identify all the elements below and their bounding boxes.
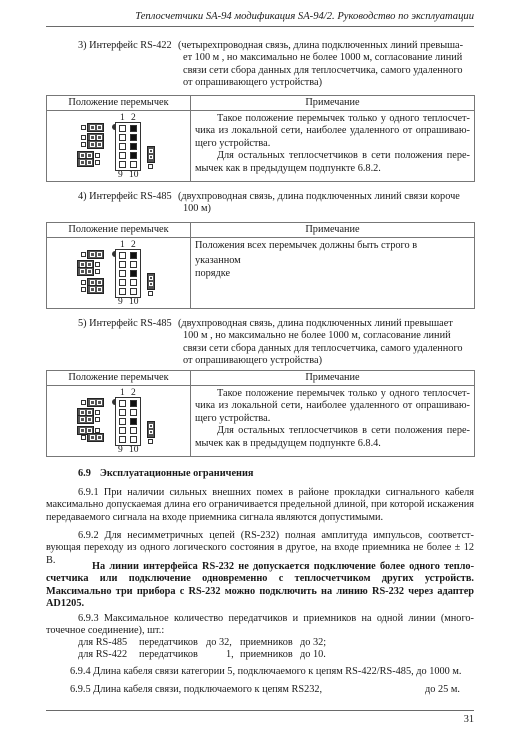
- item-label: 4) Интерфейс RS-485: [78, 191, 172, 203]
- column-header-note: Примечание: [191, 371, 475, 386]
- desc-line: 100 м): [178, 203, 478, 215]
- jumper-pin-free: [81, 400, 86, 405]
- paragraph-6-9-4: 6.9.4 Длина кабеля связи категории 5, по…: [70, 666, 480, 678]
- jumper-cap: [87, 398, 104, 407]
- jumper-pin-free: [95, 417, 100, 422]
- header-pin: [130, 279, 137, 286]
- rs232-warning: На линии интерфейса RS-232 не допускаетс…: [46, 561, 474, 611]
- transmitters-label: передатчиков: [139, 637, 198, 649]
- header-pin: [119, 252, 126, 259]
- jumper-pin-free: [81, 135, 86, 140]
- header-pin: [119, 400, 126, 407]
- header-pin: [119, 143, 126, 150]
- jumper-pin-free: [81, 252, 86, 257]
- header-pin-shorted: [130, 270, 137, 277]
- desc-line: от опрашивающего устройства): [178, 355, 478, 367]
- header-pin: [119, 427, 126, 434]
- item-label: 5) Интерфейс RS-485: [78, 318, 172, 330]
- vertical-jumper-cap: [147, 421, 155, 438]
- item-description: (двухпроводная связь, длина подключенных…: [178, 191, 478, 216]
- column-header-jumper-position: Положение перемычек: [47, 96, 191, 111]
- vertical-jumper-cap: [147, 273, 155, 290]
- jumper-pin-free: [95, 410, 100, 415]
- note-paragraph: Такое положение перемычек только у одног…: [195, 113, 470, 150]
- jumper-pin-free: [81, 435, 86, 440]
- header-pin-shorted: [130, 152, 137, 159]
- header-pin-shorted: [130, 418, 137, 425]
- jumper-pin-free: [95, 269, 100, 274]
- section-number: 6.9: [78, 468, 91, 479]
- paragraph-text: 6.9.5 Длина кабеля связи, подключаемого …: [70, 684, 322, 695]
- receivers-label: приемников: [240, 637, 293, 649]
- header-pin: [130, 427, 137, 434]
- pin-number: 9: [118, 445, 123, 455]
- item-description: (двухпроводная связь, длина подключенных…: [178, 318, 478, 368]
- jumper-cap: [77, 415, 94, 424]
- item-label: 3) Интерфейс RS-422: [78, 40, 172, 52]
- pin-number: 9: [118, 297, 123, 307]
- jumper-pin-free: [95, 262, 100, 267]
- jumper-pin-free: [81, 125, 86, 130]
- jumper-cap: [87, 250, 104, 259]
- paragraph-6-9-5: 6.9.5 Длина кабеля связи, подключаемого …: [70, 684, 480, 696]
- column-header-jumper-position: Положение перемычек: [47, 223, 191, 238]
- jumper-pin-free: [148, 164, 153, 169]
- receivers-value: до 10.: [300, 649, 326, 661]
- jumper-pin-free: [95, 160, 100, 165]
- header-pin: [119, 279, 126, 286]
- jumper-pin-free: [95, 153, 100, 158]
- header-pin-shorted: [130, 143, 137, 150]
- jumper-pin-free: [81, 287, 86, 292]
- header-key-notch: [112, 124, 115, 130]
- header-pin: [130, 409, 137, 416]
- desc-line: ет 100 м , но максимально не более 1000 …: [178, 52, 478, 64]
- note-paragraph: Для остальных теплосчетчиков в сети поло…: [195, 425, 470, 450]
- section-heading: 6.9Эксплуатационные ограничения: [78, 468, 253, 480]
- desc-line: (четырехпроводная связь, длина подключен…: [178, 40, 478, 52]
- jumper-diagram: 12910: [47, 386, 190, 454]
- desc-line: (двухпроводная связь, длина подключенных…: [178, 318, 478, 330]
- jumper-table-rs422: Положение перемычек Примечание 12910 Так…: [46, 95, 475, 182]
- note-line: Положения всех перемычек должны быть стр…: [195, 240, 470, 252]
- header-key-notch: [112, 251, 115, 257]
- receivers-label: приемников: [240, 649, 293, 661]
- header-pin: [130, 288, 137, 295]
- running-header: Теплосчетчики SA-94 модификация SA-94/2.…: [46, 11, 474, 27]
- header-pin: [130, 261, 137, 268]
- header-pin: [119, 125, 126, 132]
- header-pin: [119, 261, 126, 268]
- header-pin: [119, 161, 126, 168]
- pin-number: 9: [118, 170, 123, 180]
- header-pin-shorted: [130, 134, 137, 141]
- header-pin-shorted: [130, 125, 137, 132]
- pin-number: 10: [129, 297, 139, 307]
- note-paragraph: Для остальных теплосчетчиков в сети поло…: [195, 150, 470, 175]
- jumper-cap: [77, 158, 94, 167]
- jumper-cap: [87, 433, 104, 442]
- desc-line: (двухпроводная связь, длина подключенных…: [178, 191, 478, 203]
- jumper-table-rs485-long: Положение перемычек Примечание 12910 Так…: [46, 370, 475, 457]
- desc-line: 100 м , но максимально не более 1000 м, …: [178, 330, 478, 342]
- jumper-cap: [77, 267, 94, 276]
- column-header-note: Примечание: [191, 96, 475, 111]
- jumper-cap: [87, 285, 104, 294]
- header-pin-shorted: [130, 252, 137, 259]
- warning-text: На линии интерфейса RS-232 не допускаетс…: [46, 561, 474, 609]
- interface-name: для RS-422: [78, 649, 127, 661]
- note-cell: Такое положение перемычек только у одног…: [191, 386, 475, 457]
- desc-line: от опрашивающего устройства): [178, 77, 478, 89]
- header-pin: [119, 270, 126, 277]
- paragraph-text: 6.9.1 При наличии сильных внешних помех …: [46, 487, 474, 523]
- jumper-diagram: 12910: [47, 111, 190, 179]
- item-description: (четырехпроводная связь, длина подключен…: [178, 40, 478, 90]
- header-pin: [119, 436, 126, 443]
- header-pin: [119, 134, 126, 141]
- header-pin: [130, 436, 137, 443]
- column-header-jumper-position: Положение перемычек: [47, 371, 191, 386]
- jumper-pin-free: [81, 280, 86, 285]
- header-pin: [130, 161, 137, 168]
- note-line: порядке: [195, 268, 470, 280]
- header-pin: [119, 409, 126, 416]
- transmitters-label: передатчиков: [139, 649, 198, 661]
- transmitters-value: 1,: [226, 649, 234, 661]
- desc-line: связи сети сбора данных для теплосчетчик…: [178, 343, 478, 355]
- pin-number: 10: [129, 170, 139, 180]
- jumper-table-rs485-short: Положение перемычек Примечание 12910 Пол…: [46, 222, 475, 309]
- jumper-pin-free: [81, 142, 86, 147]
- paragraph-value: до 25 м.: [425, 684, 460, 696]
- jumper-cap: [87, 140, 104, 149]
- note-cell: Положения всех перемычек должны быть стр…: [191, 238, 475, 309]
- interface-name: для RS-485: [78, 637, 127, 649]
- note-paragraph: Такое положение перемычек только у одног…: [195, 388, 470, 425]
- header-pin: [119, 152, 126, 159]
- jumper-diagram: 12910: [47, 238, 190, 306]
- note-cell: Такое положение перемычек только у одног…: [191, 111, 475, 182]
- note-line: указанном: [195, 255, 470, 267]
- receivers-value: до 32;: [300, 637, 326, 649]
- pin-number: 10: [129, 445, 139, 455]
- desc-line: связи сети сбора данных для теплосчетчик…: [178, 65, 478, 77]
- jumper-pin-free: [148, 439, 153, 444]
- column-header-note: Примечание: [191, 223, 475, 238]
- paragraph-6-9-3: 6.9.3 Максимальное количество передатчик…: [46, 613, 474, 638]
- paragraph-text: 6.9.3 Максимальное количество передатчик…: [46, 613, 474, 636]
- page-number: 31: [460, 714, 474, 726]
- header-key-notch: [112, 399, 115, 405]
- section-title: Эксплуатационные ограничения: [100, 468, 254, 479]
- header-pin: [119, 288, 126, 295]
- paragraph-6-9-1: 6.9.1 При наличии сильных внешних помех …: [46, 487, 474, 524]
- transmitters-value: до 32,: [206, 637, 232, 649]
- vertical-jumper-cap: [147, 146, 155, 163]
- header-pin-shorted: [130, 400, 137, 407]
- footer-rule: [46, 710, 474, 711]
- header-pin: [119, 418, 126, 425]
- jumper-cap: [87, 123, 104, 132]
- jumper-pin-free: [148, 291, 153, 296]
